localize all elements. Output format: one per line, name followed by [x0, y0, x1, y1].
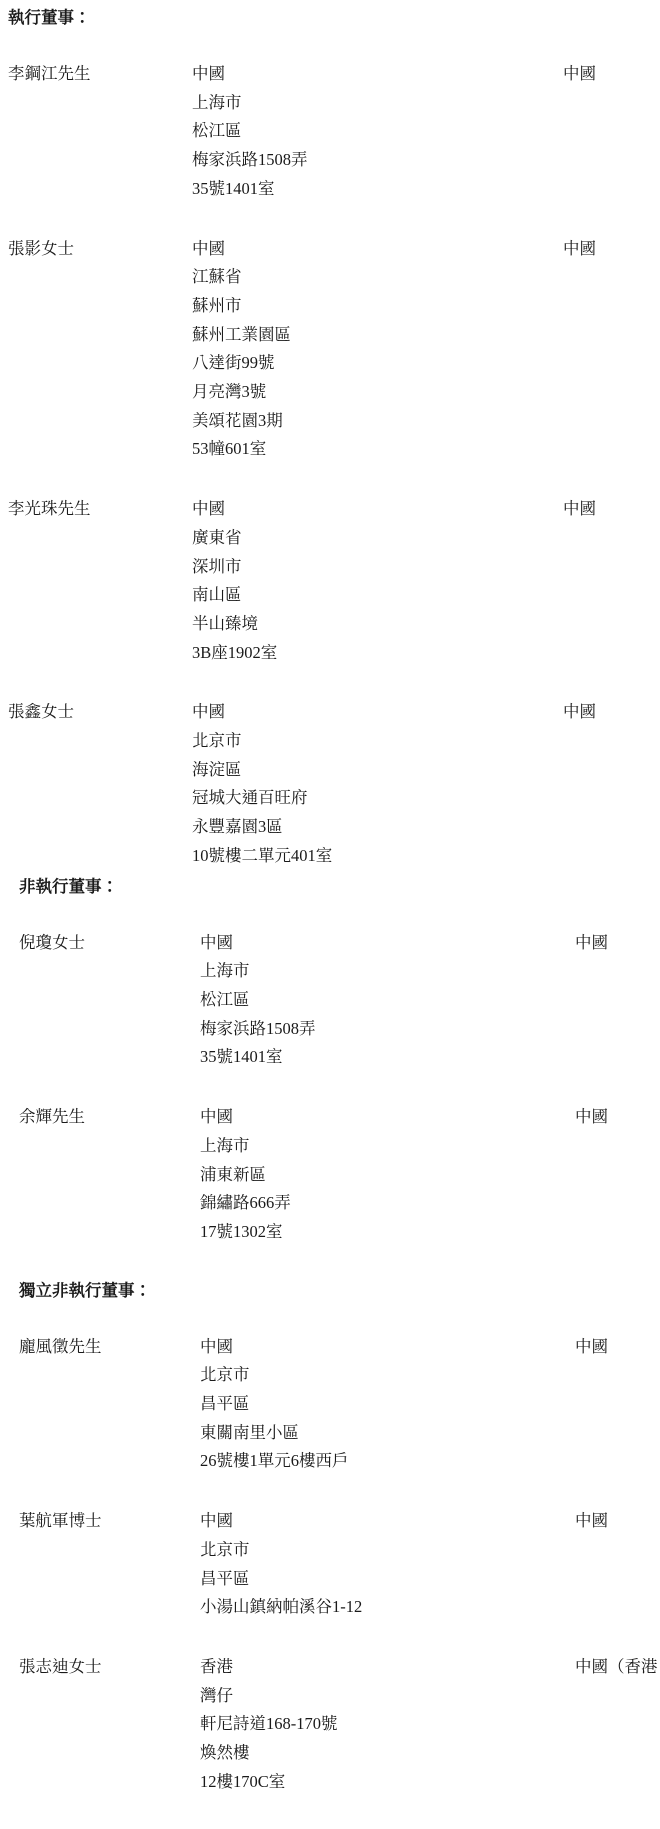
director-row: 余輝先生 中國上海市浦東新區錦繡路666弄17號1302室 中國: [19, 1103, 660, 1247]
director-name: 張影女士: [8, 235, 192, 264]
address-line: 冠城大通百旺府: [192, 784, 563, 813]
director-address: 中國上海市松江區梅家浜路1508弄35號1401室: [192, 60, 563, 204]
address-line: 17號1302室: [200, 1218, 575, 1247]
director-name: 倪瓊女士: [19, 929, 200, 958]
address-line: 3B座1902室: [192, 639, 563, 668]
address-line: 中國: [192, 60, 563, 89]
address-line: 12樓170C室: [200, 1768, 575, 1797]
address-line: 廣東省: [192, 524, 563, 553]
address-line: 中國: [192, 495, 563, 524]
director-row: 張影女士 中國江蘇省蘇州市蘇州工業園區八達街99號月亮灣3號美頌花園3期53幢6…: [8, 235, 660, 465]
address-line: 香港: [200, 1653, 575, 1682]
address-line: 中國: [192, 698, 563, 727]
director-address: 中國江蘇省蘇州市蘇州工業園區八達街99號月亮灣3號美頌花園3期53幢601室: [192, 235, 563, 465]
director-row: 李光珠先生 中國廣東省深圳市南山區半山臻境3B座1902室 中國: [8, 495, 660, 667]
address-line: 八達街99號: [192, 349, 563, 378]
address-line: 梅家浜路1508弄: [192, 146, 563, 175]
address-line: 北京市: [192, 727, 563, 756]
address-line: 中國: [200, 1103, 575, 1132]
director-nationality: 中國: [575, 929, 660, 958]
director-address: 中國北京市昌平區小湯山鎮納帕溪谷1-12: [200, 1507, 575, 1622]
address-line: 昌平區: [200, 1565, 575, 1594]
address-line: 深圳市: [192, 553, 563, 582]
address-line: 上海市: [200, 1132, 575, 1161]
address-line: 梅家浜路1508弄: [200, 1015, 575, 1044]
director-address: 香港灣仔軒尼詩道168-170號煥然樓12樓170C室: [200, 1653, 575, 1797]
director-nationality: 中國: [563, 495, 660, 524]
address-line: 海淀區: [192, 756, 563, 785]
address-line: 中國: [200, 929, 575, 958]
address-line: 小湯山鎮納帕溪谷1-12: [200, 1593, 575, 1622]
address-line: 中國: [200, 1333, 575, 1362]
director-nationality: 中國: [575, 1333, 660, 1362]
address-line: 中國: [192, 235, 563, 264]
director-section: 非執行董事： 倪瓊女士 中國上海市松江區梅家浜路1508弄35號1401室 中國…: [0, 873, 660, 1247]
director-name: 李光珠先生: [8, 495, 192, 524]
address-line: 53幢601室: [192, 435, 563, 464]
director-row: 葉航軍博士 中國北京市昌平區小湯山鎮納帕溪谷1-12 中國: [19, 1507, 660, 1622]
section-heading: 執行董事：: [8, 4, 660, 33]
section-heading: 非執行董事：: [19, 873, 660, 902]
address-line: 松江區: [192, 117, 563, 146]
director-nationality: 中國: [575, 1103, 660, 1132]
address-line: 北京市: [200, 1361, 575, 1390]
director-row: 張鑫女士 中國北京市海淀區冠城大通百旺府永豐嘉園3區10號樓二單元401室 中國: [8, 698, 660, 870]
director-nationality: 中國: [563, 235, 660, 264]
address-line: 松江區: [200, 986, 575, 1015]
address-line: 錦繡路666弄: [200, 1189, 575, 1218]
director-section: 獨立非執行董事： 龐風徵先生 中國北京市昌平區東關南里小區26號樓1單元6樓西戶…: [0, 1277, 660, 1797]
section-rows: 龐風徵先生 中國北京市昌平區東關南里小區26號樓1單元6樓西戶 中國 葉航軍博士…: [0, 1333, 660, 1797]
address-line: 蘇州市: [192, 292, 563, 321]
address-line: 中國: [200, 1507, 575, 1536]
address-line: 北京市: [200, 1536, 575, 1565]
address-line: 35號1401室: [200, 1043, 575, 1072]
address-line: 上海市: [192, 89, 563, 118]
section-rows: 李鋼江先生 中國上海市松江區梅家浜路1508弄35號1401室 中國 張影女士 …: [0, 60, 660, 871]
director-name: 葉航軍博士: [19, 1507, 200, 1536]
address-line: 煥然樓: [200, 1739, 575, 1768]
director-row: 李鋼江先生 中國上海市松江區梅家浜路1508弄35號1401室 中國: [8, 60, 660, 204]
director-row: 龐風徵先生 中國北京市昌平區東關南里小區26號樓1單元6樓西戶 中國: [19, 1333, 660, 1477]
director-address: 中國北京市昌平區東關南里小區26號樓1單元6樓西戶: [200, 1333, 575, 1477]
address-line: 半山臻境: [192, 610, 563, 639]
director-name: 張鑫女士: [8, 698, 192, 727]
address-line: 美頌花園3期: [192, 407, 563, 436]
address-line: 灣仔: [200, 1682, 575, 1711]
address-line: 江蘇省: [192, 263, 563, 292]
sections-container: 執行董事： 李鋼江先生 中國上海市松江區梅家浜路1508弄35號1401室 中國…: [0, 4, 660, 1796]
address-line: 35號1401室: [192, 175, 563, 204]
director-address: 中國廣東省深圳市南山區半山臻境3B座1902室: [192, 495, 563, 667]
address-line: 10號樓二單元401室: [192, 842, 563, 871]
director-nationality: 中國: [575, 1507, 660, 1536]
director-name: 龐風徵先生: [19, 1333, 200, 1362]
address-line: 月亮灣3號: [192, 378, 563, 407]
address-line: 南山區: [192, 581, 563, 610]
section-rows: 倪瓊女士 中國上海市松江區梅家浜路1508弄35號1401室 中國 余輝先生 中…: [0, 929, 660, 1247]
director-address: 中國北京市海淀區冠城大通百旺府永豐嘉園3區10號樓二單元401室: [192, 698, 563, 870]
section-heading: 獨立非執行董事：: [19, 1277, 660, 1306]
director-name: 李鋼江先生: [8, 60, 192, 89]
address-line: 東關南里小區: [200, 1419, 575, 1448]
director-name: 余輝先生: [19, 1103, 200, 1132]
director-nationality: 中國: [563, 698, 660, 727]
address-line: 上海市: [200, 957, 575, 986]
director-row: 倪瓊女士 中國上海市松江區梅家浜路1508弄35號1401室 中國: [19, 929, 660, 1073]
address-line: 昌平區: [200, 1390, 575, 1419]
address-line: 浦東新區: [200, 1161, 575, 1190]
address-line: 永豐嘉園3區: [192, 813, 563, 842]
director-section: 執行董事： 李鋼江先生 中國上海市松江區梅家浜路1508弄35號1401室 中國…: [0, 4, 660, 871]
address-line: 26號樓1單元6樓西戶: [200, 1447, 575, 1476]
director-address: 中國上海市松江區梅家浜路1508弄35號1401室: [200, 929, 575, 1073]
director-nationality: 中國: [563, 60, 660, 89]
address-line: 蘇州工業園區: [192, 321, 563, 350]
directors-document-page: 執行董事： 李鋼江先生 中國上海市松江區梅家浜路1508弄35號1401室 中國…: [0, 0, 660, 1829]
director-name: 張志迪女士: [19, 1653, 200, 1682]
director-nationality: 中國（香港: [575, 1653, 660, 1682]
director-row: 張志迪女士 香港灣仔軒尼詩道168-170號煥然樓12樓170C室 中國（香港: [19, 1653, 660, 1797]
director-address: 中國上海市浦東新區錦繡路666弄17號1302室: [200, 1103, 575, 1247]
address-line: 軒尼詩道168-170號: [200, 1710, 575, 1739]
